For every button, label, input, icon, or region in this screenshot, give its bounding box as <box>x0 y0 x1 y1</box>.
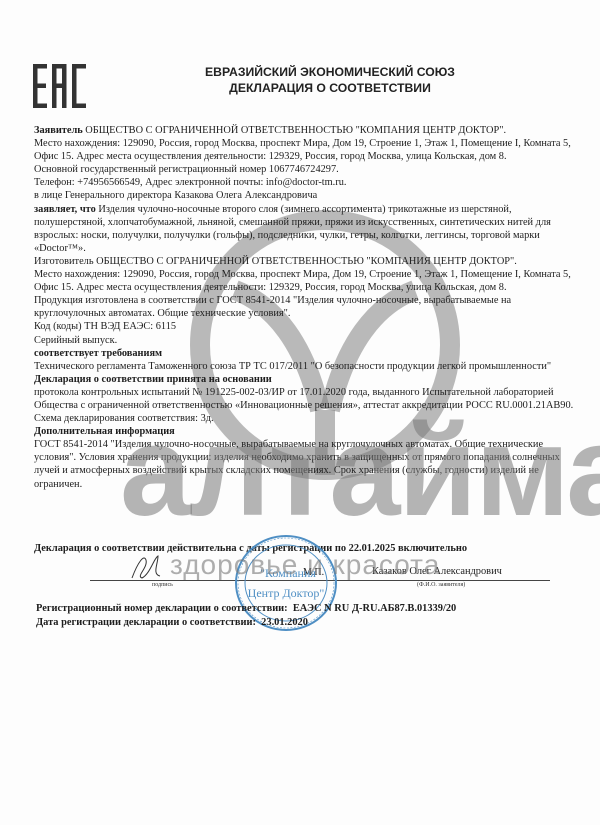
basis-scheme: Схема декларирования соответствия: 3д. <box>34 412 574 425</box>
declares-line: заявляет, что Изделия чулочно-носочные в… <box>34 203 574 255</box>
registration-block: Регистрационный номер декларации о соотв… <box>36 602 456 629</box>
requirements-label: соответствует требованиям <box>34 347 574 360</box>
requirements-text: Технического регламента Таможенного союз… <box>34 360 574 373</box>
document-header: ЕВРАЗИЙСКИЙ ЭКОНОМИЧЕСКИЙ СОЮЗ ДЕКЛАРАЦИ… <box>150 64 510 96</box>
manufacturer-name: Изготовитель ОБЩЕСТВО С ОГРАНИЧЕННОЙ ОТВ… <box>34 255 574 268</box>
stamp-place-label: М.П. <box>303 567 324 578</box>
registration-number-line: Регистрационный номер декларации о соотв… <box>36 602 456 616</box>
eac-mark-icon <box>33 64 87 108</box>
registration-date: 23.01.2020 <box>261 617 308 628</box>
applicant-name: ОБЩЕСТВО С ОГРАНИЧЕННОЙ ОТВЕТСТВЕННОСТЬЮ… <box>83 125 506 136</box>
registration-number: ЕАЭС N RU Д-RU.АБ87.В.01339/20 <box>293 603 456 614</box>
registration-date-line: Дата регистрации декларации о соответств… <box>36 616 456 630</box>
applicant-contacts: Телефон: +74956566549, Адрес электронной… <box>34 176 574 189</box>
production-standard: Продукция изготовлена в соответствии с Г… <box>34 294 574 320</box>
production-release: Серийный выпуск. <box>34 334 574 347</box>
signature-scrawl-icon <box>128 552 168 582</box>
applicant-location: Место нахождения: 129090, Россия, город … <box>34 137 574 163</box>
declaration-body: Заявитель ОБЩЕСТВО С ОГРАНИЧЕННОЙ ОТВЕТС… <box>34 124 574 491</box>
applicant-line: Заявитель ОБЩЕСТВО С ОГРАНИЧЕННОЙ ОТВЕТС… <box>34 124 574 137</box>
signature-caption: подпись <box>152 582 173 588</box>
additional-text: ГОСТ 8541-2014 "Изделия чулочно-носочные… <box>34 438 574 490</box>
signature-row: подпись М.П. Казаков Олег Александрович … <box>90 566 550 586</box>
additional-label: Дополнительная информация <box>34 425 574 438</box>
registration-date-label: Дата регистрации декларации о соответств… <box>36 617 256 628</box>
manufacturer-location: Место нахождения: 129090, Россия, город … <box>34 268 574 294</box>
basis-text: протокола контрольных испытаний № 191225… <box>34 386 574 412</box>
declaration-page: ЕВРАЗИЙСКИЙ ЭКОНОМИЧЕСКИЙ СОЮЗ ДЕКЛАРАЦИ… <box>0 0 600 825</box>
applicant-representative: в лице Генерального директора Казакова О… <box>34 189 574 202</box>
basis-label: Декларация о соответствии принята на осн… <box>34 373 574 386</box>
production-code: Код (коды) ТН ВЭД ЕАЭС: 6115 <box>34 320 574 333</box>
applicant-ogrn: Основной государственный регистрационный… <box>34 163 574 176</box>
signer-caption: (Ф.И.О. заявителя) <box>417 582 465 588</box>
registration-number-label: Регистрационный номер декларации о соотв… <box>36 603 288 614</box>
declares-text: Изделия чулочно-носочные второго слоя (з… <box>34 204 551 254</box>
document-title: ДЕКЛАРАЦИЯ О СООТВЕТСТВИИ <box>150 80 510 96</box>
svg-text:Центр Доктор": Центр Доктор" <box>248 586 325 600</box>
signer-name: Казаков Олег Александрович <box>372 566 502 577</box>
applicant-label: Заявитель <box>34 125 83 136</box>
validity-statement: Декларация о соответствии действительна … <box>34 543 467 554</box>
declares-label: заявляет, что <box>34 204 96 215</box>
union-title: ЕВРАЗИЙСКИЙ ЭКОНОМИЧЕСКИЙ СОЮЗ <box>150 64 510 80</box>
